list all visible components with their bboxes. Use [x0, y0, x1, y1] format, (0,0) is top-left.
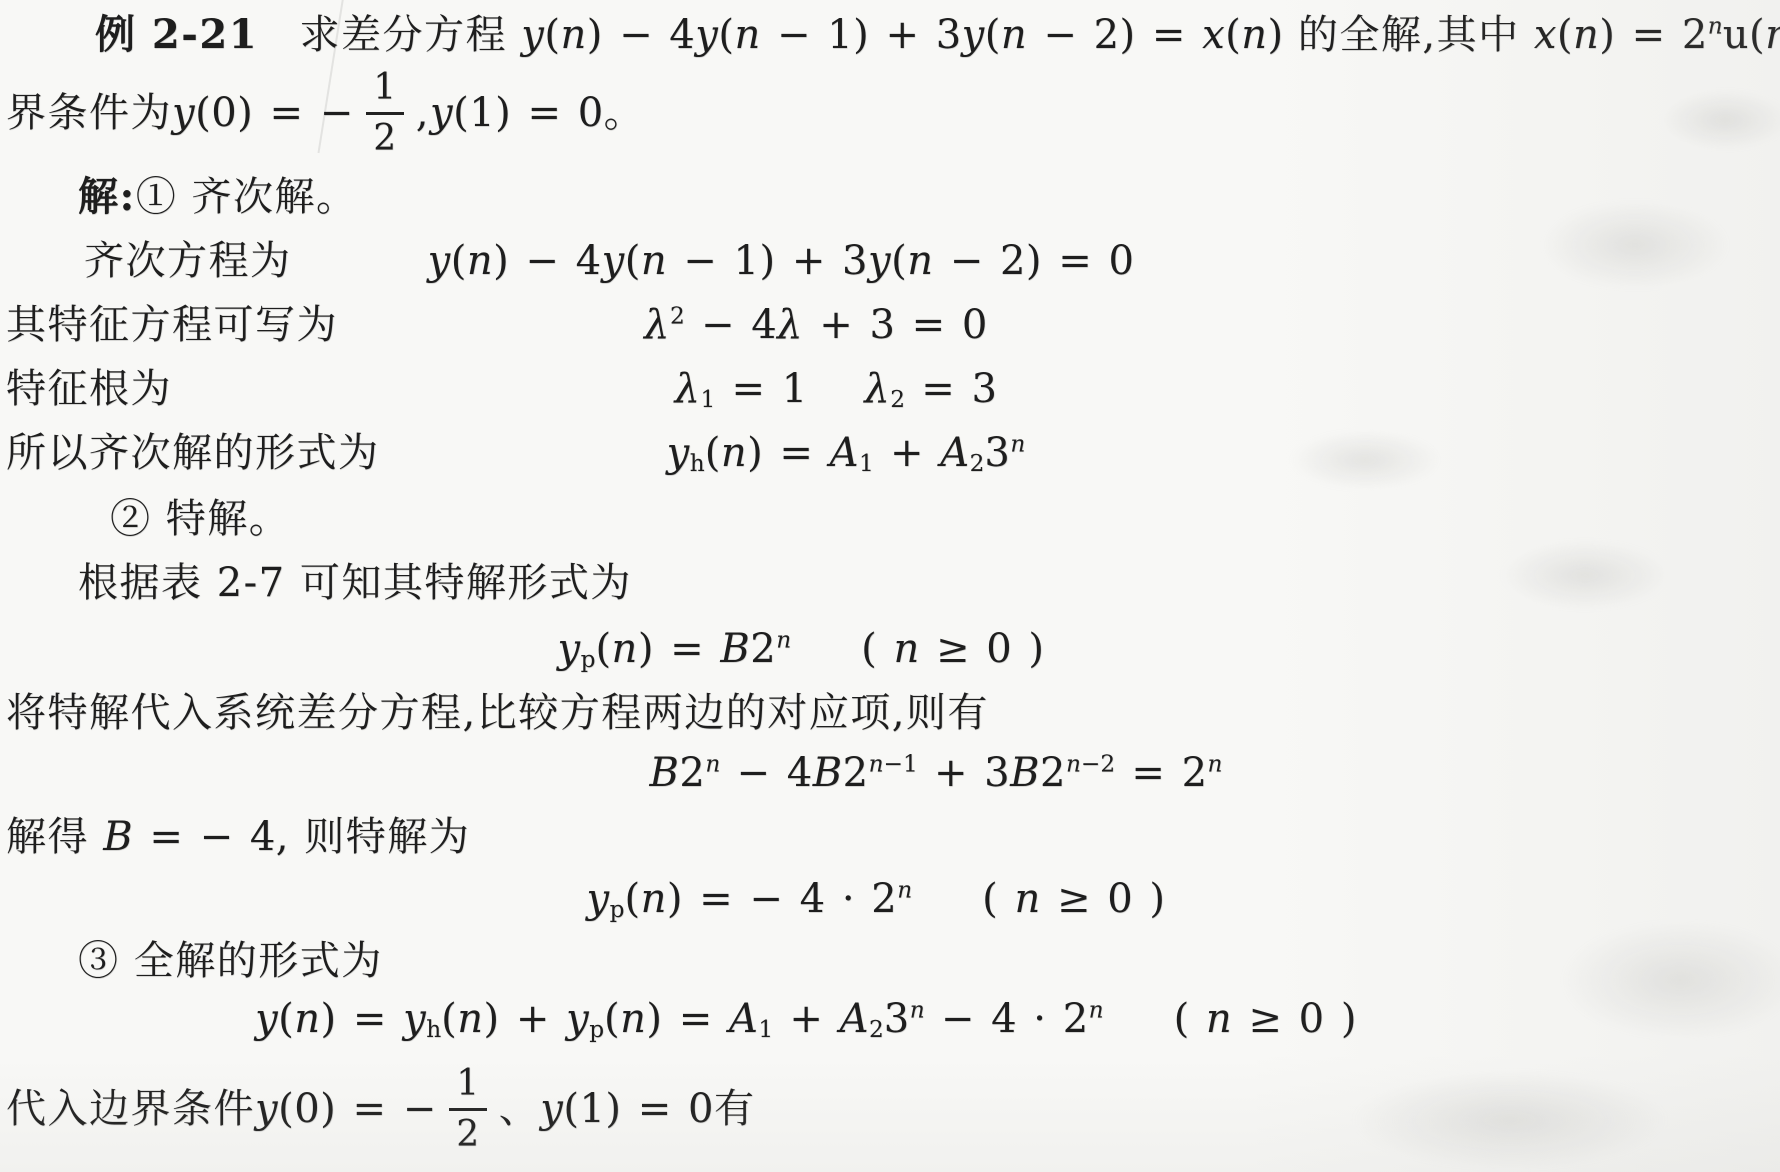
fraction-denominator: 2	[373, 121, 396, 157]
B-value: B = − 4	[103, 814, 276, 860]
text: 。	[604, 88, 646, 138]
text: ,	[416, 88, 430, 138]
line-table-reference: 根据表 2-7 可知其特解形式为	[0, 558, 1780, 608]
line-boundary-conditions: 界条件为 y(0) = − 1 2 , y(1) = 0 。	[0, 52, 1766, 174]
line-complete-solution: y(n) = yh(n) + yp(n) = A1 + A23n − 4 · 2…	[0, 994, 1766, 1044]
equation-wrap: λ1 = 1 λ2 = 3	[0, 364, 1676, 414]
solution-label: 解:	[78, 173, 136, 220]
boundary-condition-y0: y(0) = −	[255, 1084, 437, 1134]
fraction-one-half: 1 2	[449, 1066, 487, 1153]
line-characteristic-equation: 其特征方程可写为 λ2 − 4λ + 3 = 0	[0, 300, 1766, 350]
condition-n-ge-0: ( n ≥ 0 )	[1174, 996, 1357, 1042]
fraction-numerator: 1	[456, 1066, 479, 1102]
equation-wrap: B2n − 4B2n−1 + 3B2n−2 = 2n	[96, 748, 1776, 798]
text: 解得	[6, 814, 103, 860]
boundary-condition-y0: y(0) = −	[172, 88, 354, 138]
text: 界条件为	[6, 88, 172, 138]
line-apply-boundary-conditions: 代入边界条件 y(0) = − 1 2 、 y(1) = 0 有	[0, 1048, 1766, 1170]
line-homogeneous-equation: 齐次方程为 y(n) − 4y(n − 1) + 3y(n − 2) = 0	[0, 236, 1766, 286]
line-homogeneous-solution-form: 所以齐次解的形式为 yh(n) = A1 + A23n	[0, 428, 1766, 478]
equation-wrap: y(n) = yh(n) + yp(n) = A1 + A23n − 4 · 2…	[0, 994, 1646, 1044]
characteristic-equation: λ2 − 4λ + 3 = 0	[644, 302, 988, 348]
fraction-numerator: 1	[373, 70, 396, 106]
line-solve-B: 解得 B = − 4, 则特解为	[0, 812, 1766, 862]
fraction-one-half: 1 2	[366, 70, 404, 157]
equation-wrap: y(n) − 4y(n − 1) + 3y(n − 2) = 0	[0, 236, 1621, 286]
text: , 则特解为	[276, 814, 470, 860]
line-particular-solution-form: yp(n) = B2n( n ≥ 0 )	[0, 624, 1766, 674]
characteristic-roots: λ1 = 1 λ2 = 3	[675, 366, 998, 412]
text: 根据表 2-7 可知其特解形式为	[78, 560, 632, 606]
line-solution-step1-heading: 解:① 齐次解。	[0, 172, 1780, 222]
example-number: 例 2-21	[95, 11, 258, 58]
line-substitution-explanation: 将特解代入系统差分方程,比较方程两边的对应项,则有	[0, 688, 1766, 738]
scanned-textbook-page: 例 2-21 求差分方程 y(n) − 4y(n − 1) + 3y(n − 2…	[0, 0, 1780, 1172]
particular-solution-form: yp(n) = B2n	[557, 626, 791, 672]
equation-wrap: yp(n) = B2n( n ≥ 0 )	[0, 624, 1641, 674]
text: 将特解代入系统差分方程,比较方程两边的对应项,则有	[6, 690, 989, 736]
equation-wrap: yp(n) = − 4 · 2n( n ≥ 0 )	[36, 874, 1716, 924]
step2-title: ② 特解。	[110, 496, 290, 542]
step3-title: ③ 全解的形式为	[78, 938, 383, 984]
boundary-condition-y1: y(1) = 0	[540, 1084, 714, 1134]
fraction-bar	[366, 112, 404, 115]
line-step2-heading: ② 特解。	[0, 494, 1780, 544]
condition-n-ge-0: ( n ≥ 0 )	[982, 876, 1165, 922]
complete-solution: y(n) = yh(n) + yp(n) = A1 + A23n − 4 · 2…	[255, 996, 1104, 1042]
homogeneous-equation: y(n) − 4y(n − 1) + 3y(n − 2) = 0	[428, 238, 1135, 284]
particular-solution: yp(n) = − 4 · 2n	[587, 876, 913, 922]
homogeneous-solution: yh(n) = A1 + A23n	[667, 430, 1026, 476]
line-step3-heading: ③ 全解的形式为	[0, 936, 1780, 986]
line-characteristic-roots: 特征根为 λ1 = 1 λ2 = 3	[0, 364, 1766, 414]
text: 有	[714, 1084, 756, 1134]
row-label: 所以齐次解的形式为	[6, 428, 380, 478]
boundary-condition-y1: y(1) = 0	[430, 88, 604, 138]
fraction-bar	[449, 1108, 487, 1111]
condition-n-ge-0: ( n ≥ 0 )	[861, 626, 1044, 672]
line-particular-solution: yp(n) = − 4 · 2n( n ≥ 0 )	[0, 874, 1766, 924]
line-substituted-equation: B2n − 4B2n−1 + 3B2n−2 = 2n	[0, 748, 1766, 798]
text: 代入边界条件	[6, 1084, 255, 1134]
step1-title: ① 齐次解。	[136, 174, 358, 220]
equation-wrap: λ2 − 4λ + 3 = 0	[0, 300, 1656, 350]
text: 、	[499, 1084, 541, 1134]
substituted-equation: B2n − 4B2n−1 + 3B2n−2 = 2n	[650, 750, 1223, 796]
fraction-denominator: 2	[456, 1117, 479, 1153]
